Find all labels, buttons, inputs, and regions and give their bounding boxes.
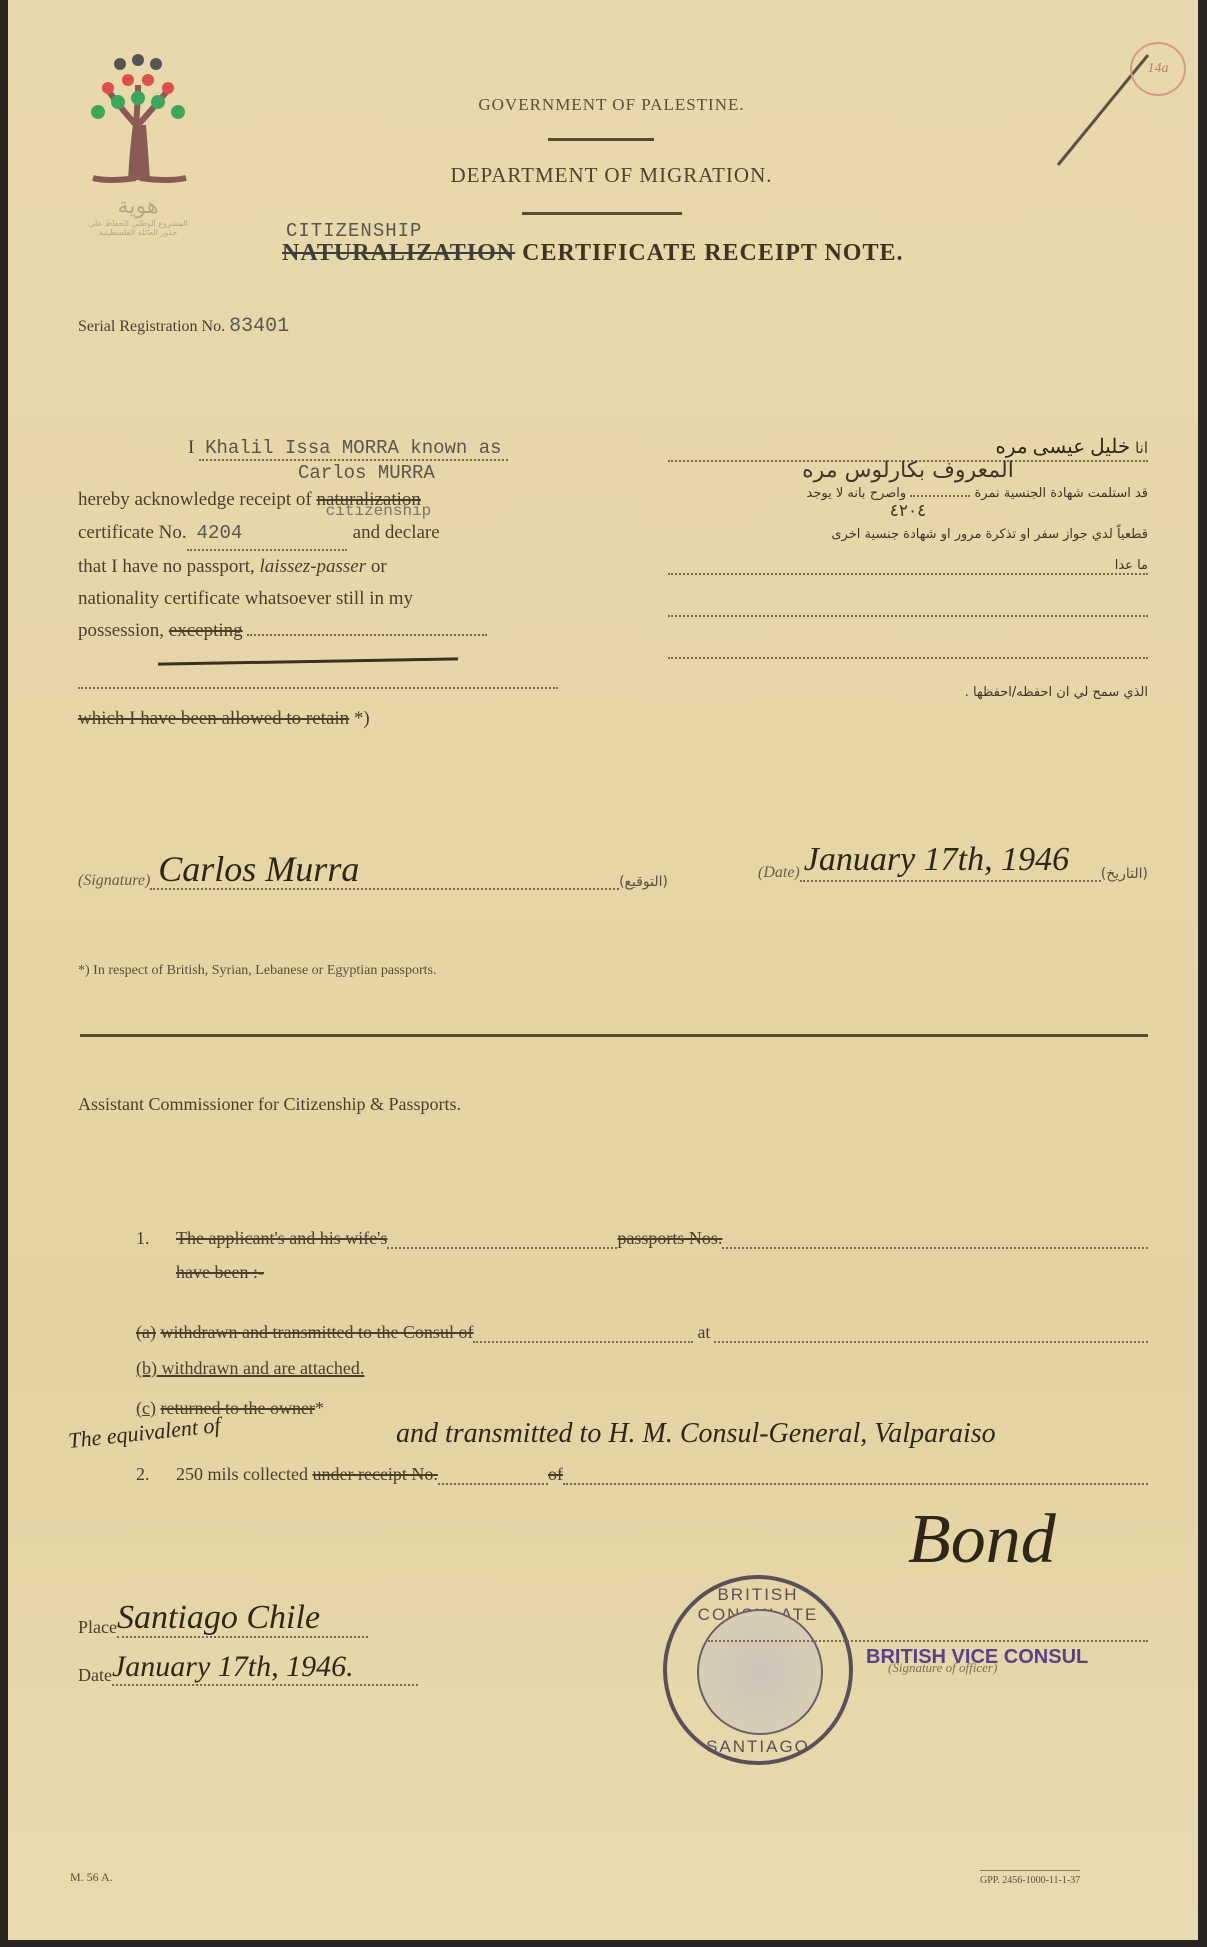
document-page: هوية المشروع الوطني للحفاظ على جذور العا… — [8, 0, 1198, 1940]
item-b-line: (b) withdrawn and are attached. — [136, 1358, 364, 1379]
ar-name-handwritten: خليل عيسى مره — [995, 436, 1130, 458]
place-field: Place Santiago Chile — [78, 1600, 368, 1638]
passport-footnote: *) In respect of British, Syrian, Lebane… — [78, 963, 436, 979]
ar-blank-line-1 — [668, 575, 1148, 617]
applicant-signature: Carlos Murra — [150, 850, 619, 890]
place-label: Place — [78, 1617, 117, 1638]
citizenship-typed-overlay: CITIZENSHIP — [286, 220, 422, 242]
department-heading: DEPARTMENT OF MIGRATION. — [8, 163, 1207, 188]
watermark-line-2: جذور العائلة الفلسطينية — [78, 228, 198, 237]
stamp-bottom-text: SANTIAGO — [667, 1737, 849, 1757]
serial-label: Serial Registration No. — [78, 318, 225, 335]
ar-alias-handwritten: المعروف بكارلوس مره — [668, 458, 1148, 482]
certificate-number-field: 4204 — [187, 517, 347, 551]
officer-signature: Bond — [908, 1500, 1056, 1580]
citizenship-typed-inline: citizenship — [326, 502, 432, 520]
declarant-name-line: I Khalil Issa MORRA known as — [188, 437, 508, 461]
section-divider — [80, 1034, 1148, 1037]
heading-rule-2 — [522, 212, 682, 215]
ar-line-2: قد استلمت شهادة الجنسية نمرة واصرح بانه … — [668, 486, 1148, 501]
item-2-line: 2. 250 mils collected under receipt No. … — [136, 1464, 1148, 1485]
handwritten-transmitted-note: and transmitted to H. M. Consul-General,… — [396, 1418, 996, 1450]
date-field: (Date) January 17th, 1946 (التاريخ) — [758, 840, 1148, 882]
watermark-line-1: المشروع الوطني للحفاظ على — [78, 219, 198, 228]
item-c-line: (c) returned to the owner* — [136, 1398, 324, 1419]
title-rest: CERTIFICATE RECEIPT NOTE. — [522, 240, 903, 266]
signature-label-arabic: (التوقيع) — [619, 874, 668, 890]
declaration-line-5: nationality certificate whatsoever still… — [78, 583, 558, 615]
declarant-name: Khalil Issa MORRA known as — [199, 437, 507, 461]
date-label: (Date) — [758, 864, 800, 882]
excepting-blank-line — [78, 647, 558, 689]
item-a-line: (a) withdrawn and transmitted to the Con… — [136, 1322, 1148, 1343]
declaration-line-4: that I have no passport, laissez-passer … — [78, 551, 558, 583]
document-title: NATURALIZATION CERTIFICATE RECEIPT NOTE. — [282, 240, 903, 267]
print-code: GPP. 2456-1000-11-1-37 — [980, 1870, 1080, 1886]
signature-field: (Signature) Carlos Murra (التوقيع) — [78, 850, 668, 890]
issue-date-field: Date January 17th, 1946. — [78, 1650, 418, 1686]
declaration-line-8: which I have been allowed to retain *) — [78, 703, 558, 735]
serial-number: 83401 — [229, 315, 289, 338]
declaration-line-6: possession, excepting — [78, 615, 558, 647]
ar-line-4: ما عدا — [668, 558, 1148, 575]
circled-page-number: 14a — [1130, 42, 1186, 96]
declaration-english: hereby acknowledge receipt of naturaliza… — [78, 484, 558, 735]
declaration-line-2: hereby acknowledge receipt of naturaliza… — [78, 484, 558, 517]
ar-line-3: قطعياً لدي جواز سفر او تذكرة مرور او شها… — [668, 527, 1148, 542]
issue-date-label: Date — [78, 1665, 112, 1686]
declaration-arabic: انا خليل عيسى مره المعروف بكارلوس مره قد… — [668, 434, 1148, 700]
hawiya-watermark-logo: هوية المشروع الوطني للحفاظ على جذور العا… — [78, 50, 198, 260]
declarant-alias: Carlos MURRA — [298, 462, 435, 484]
signing-date: January 17th, 1946 — [800, 840, 1101, 882]
ar-line-7: الذي سمح لي ان احفظه/احفظها . — [668, 685, 1148, 700]
signature-label: (Signature) — [78, 872, 150, 890]
government-heading: GOVERNMENT OF PALESTINE. — [8, 95, 1207, 115]
declarant-prefix: I — [188, 437, 194, 458]
royal-arms-emblem — [697, 1609, 823, 1735]
british-consulate-stamp: BRITISH CONSULATE SANTIAGO — [663, 1575, 853, 1765]
declaration-line-3: certificate No.4204and declare — [78, 517, 558, 551]
issue-date-value: January 17th, 1946. — [112, 1650, 418, 1686]
form-code: M. 56 A. — [70, 1870, 113, 1885]
commissioner-heading: Assistant Commissioner for Citizenship &… — [78, 1094, 461, 1115]
struck-naturalization: NATURALIZATION — [282, 240, 515, 266]
serial-registration: Serial Registration No. 83401 — [78, 315, 289, 338]
officer-signature-caption: (Signature of officer) — [888, 1660, 997, 1676]
certificate-number: 4204 — [187, 522, 243, 544]
date-label-arabic: (التاريخ) — [1101, 866, 1148, 882]
ar-certificate-number: ٤٢٠٤ — [668, 501, 1148, 521]
heading-rule-1 — [548, 138, 654, 141]
watermark-title: هوية — [78, 194, 198, 219]
ar-blank-line-2 — [668, 617, 1148, 659]
item-1-line: 1. The applicant's and his wife's passpo… — [136, 1228, 1148, 1249]
officer-signature-line — [708, 1640, 1148, 1642]
item-1-have-been: have been :- — [176, 1262, 264, 1283]
place-value: Santiago Chile — [117, 1600, 368, 1638]
